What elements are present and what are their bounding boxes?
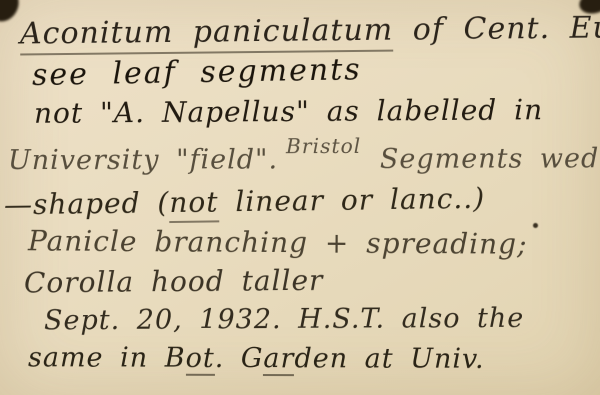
note-text: den at Univ. [294,343,484,375]
note-text: —shaped ( [4,186,170,221]
species-name-underlined: Aconitum paniculatum [20,13,394,56]
note-text: Sept. 20, 1932. H.S.T. also the [44,303,524,337]
note-line-wedge-shaped: —shaped (not linear or lanc..) [4,185,485,220]
note-text: . G [215,343,264,374]
note-text: same in B [28,342,186,374]
note-line-bot-garden: same in Bot. Garden at Univ. [28,344,485,373]
note-line-date-initials: Sept. 20, 1932. H.S.T. also the [44,305,524,335]
note-line-corolla: Corolla hood taller [24,267,324,298]
ink-speck [533,223,538,228]
handwritten-note-card: Aconitum paniculatum of Cent. Europe see… [0,0,600,395]
note-line-not-napellus: not "A. Napellus" as labelled in [34,96,543,128]
note-line-species-title: Aconitum paniculatum of Cent. Europe [20,13,600,50]
note-text: linear or lanc..) [218,182,485,219]
note-text: Segments wedge — [363,143,600,175]
note-text: University "field". [8,144,278,176]
note-line-see-leaf-segments: see leaf segments [32,55,362,91]
note-line-panicle: Panicle branching + spreading; [28,227,528,258]
inserted-word-bristol: Bristol [286,134,361,158]
emphasized-not: not [169,185,219,223]
species-region: of Cent. Europe [393,10,600,48]
note-text: see leaf segments [32,52,362,93]
abbr-underline-ar: ar [263,343,294,376]
note-line-university-field: University "field".Bristol Segments wedg… [8,145,600,174]
note-text: Panicle branching + spreading; [28,224,528,260]
note-text: not "A. Napellus" as labelled in [34,93,543,130]
note-text: Corolla hood taller [24,264,324,300]
abbr-underline-ot: ot [186,343,215,376]
